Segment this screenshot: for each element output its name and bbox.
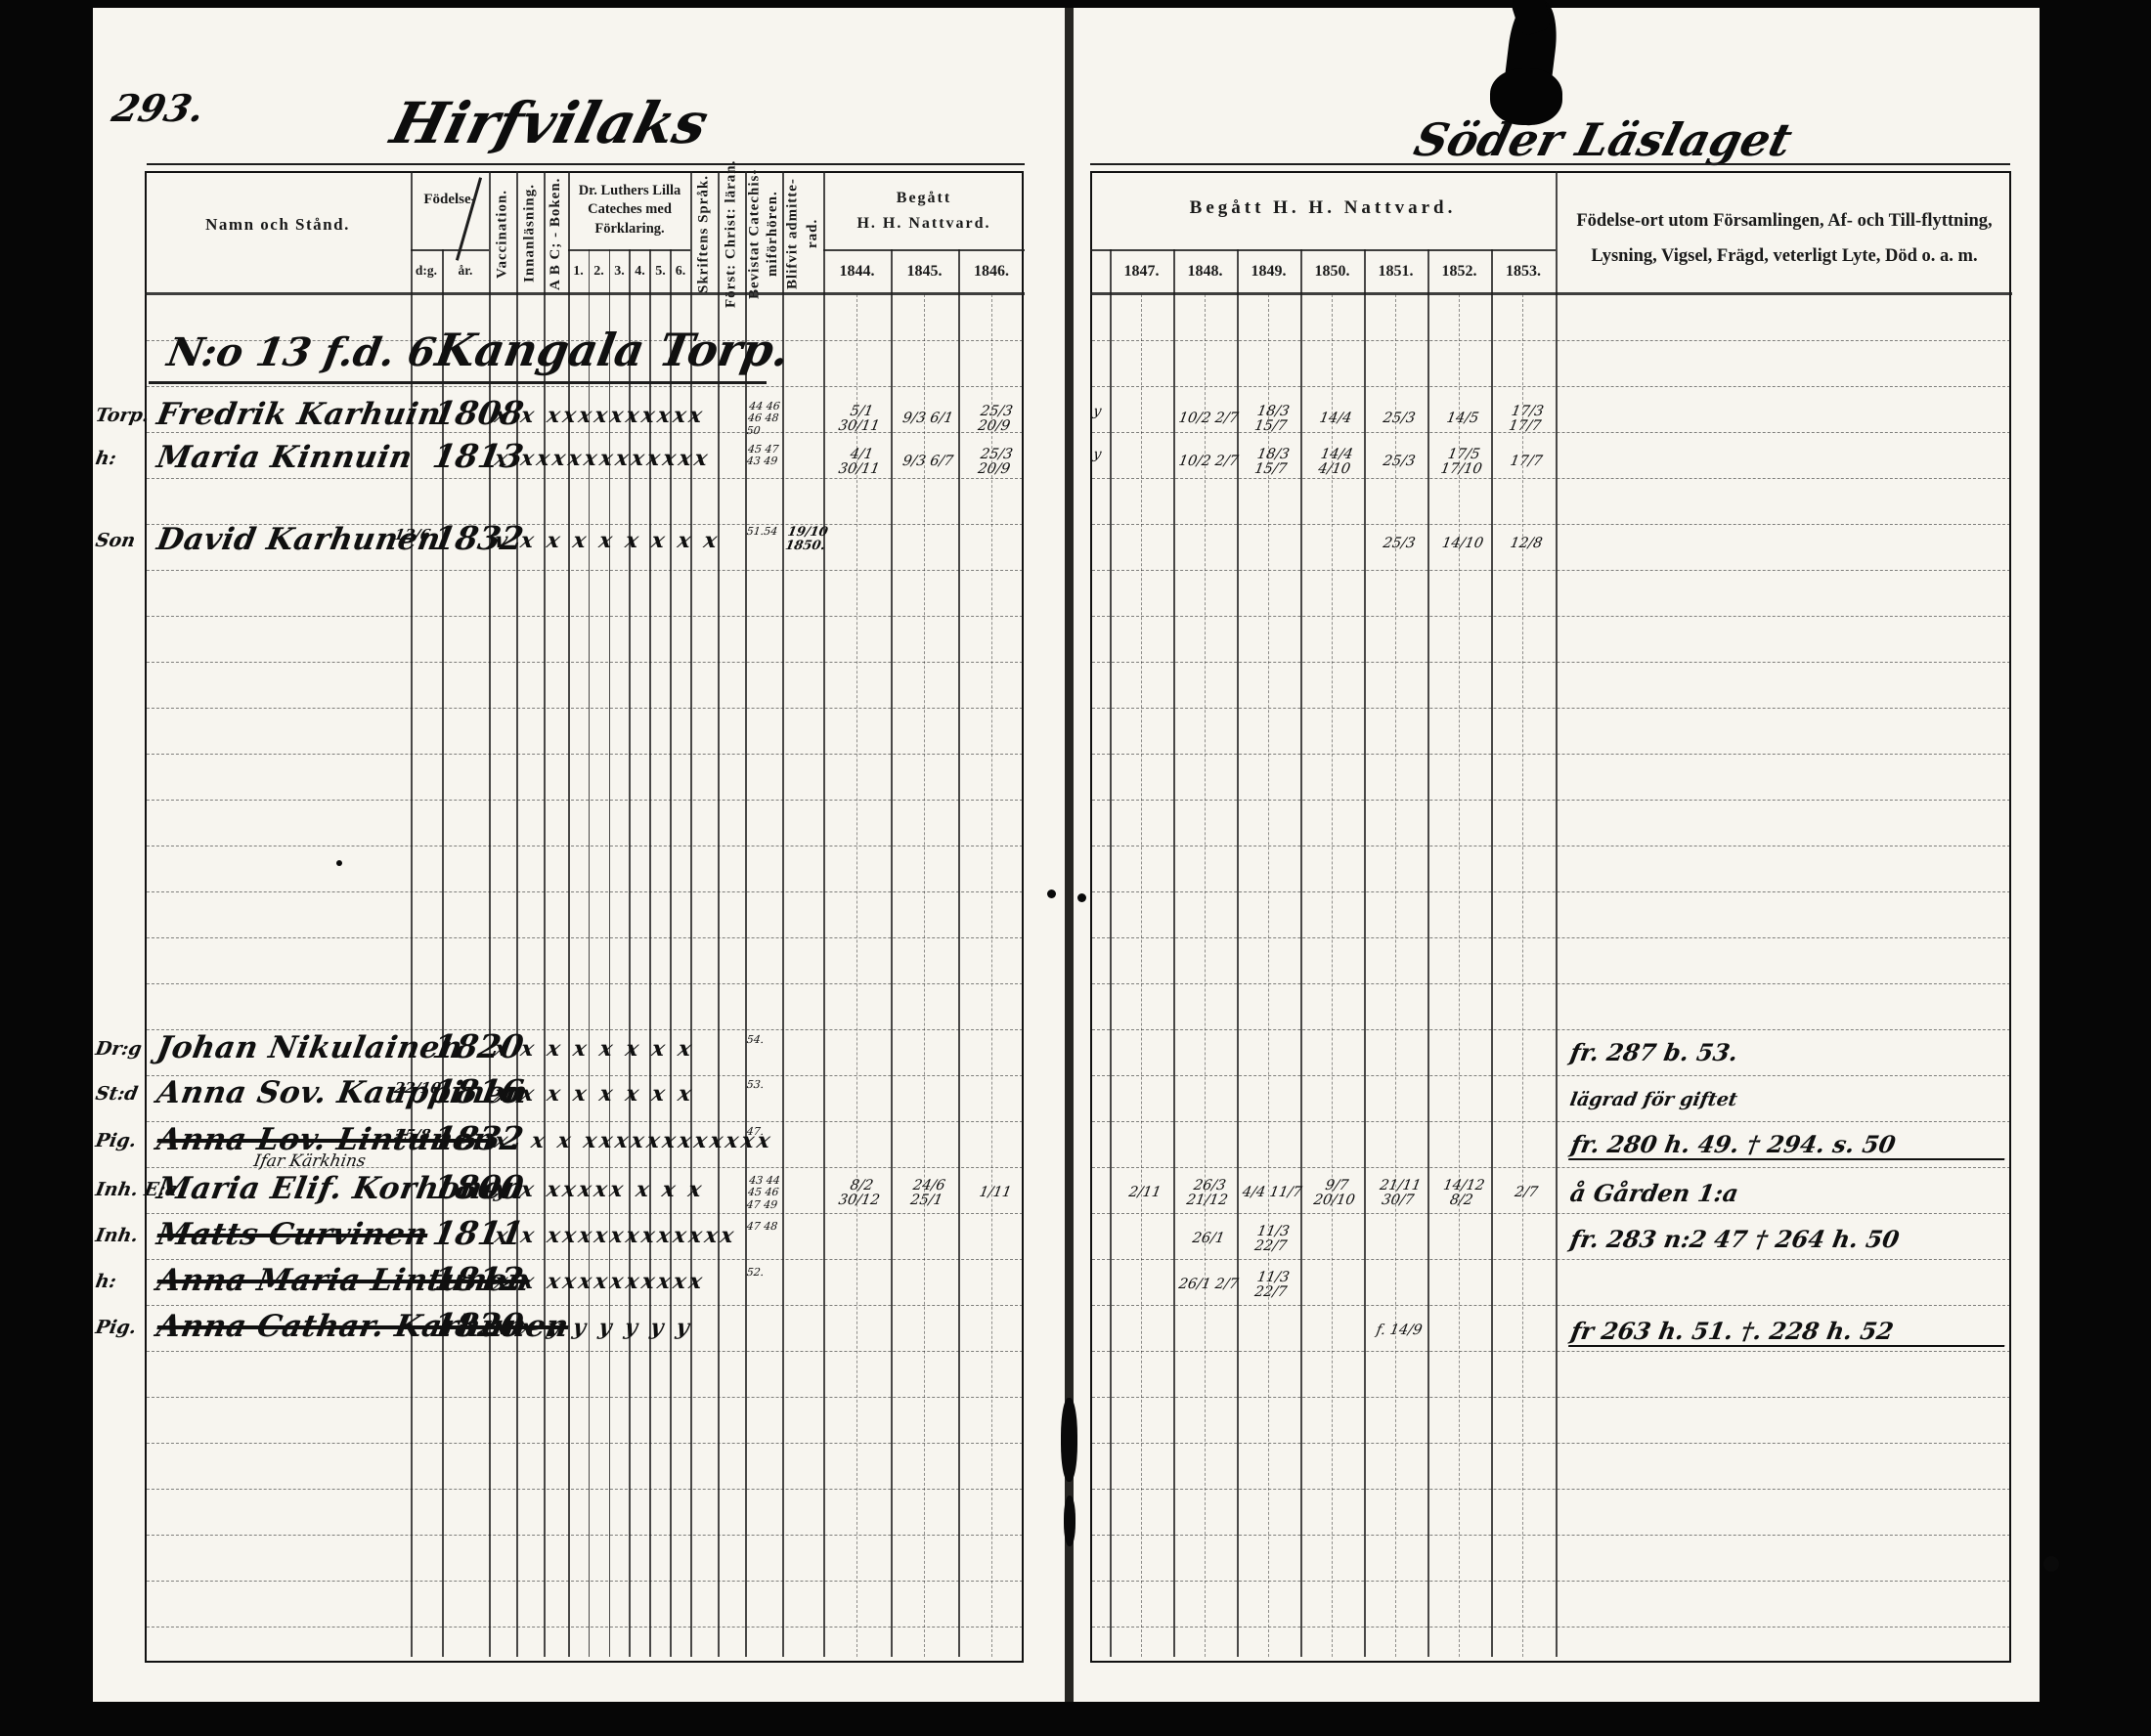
grid-hline-dashed	[147, 846, 1023, 846]
row-communion-date-right: 11/3 22/7	[1237, 1221, 1307, 1258]
row-communion-date-right: 25/3	[1364, 401, 1434, 438]
header-year-1849: 1849.	[1237, 253, 1300, 290]
header-year-1847: 1847.	[1110, 253, 1173, 290]
grid-hline-dashed	[1092, 1213, 2010, 1214]
grid-vline	[1556, 294, 1558, 1657]
grid-vline	[411, 294, 413, 1657]
grid-vline	[589, 294, 591, 1657]
header-cateches-6: 6.	[671, 255, 690, 288]
top-rule-right	[1090, 163, 2010, 165]
grid-vline	[649, 249, 651, 294]
grid-hline-dashed	[1092, 800, 2010, 801]
grid-hline-dashed	[1092, 708, 2010, 709]
row-annotation: fr. 283 n:2 47 † 264 h. 50	[1568, 1227, 2008, 1251]
grid-vline	[823, 171, 825, 294]
header-birth-year: år.	[442, 256, 489, 285]
grid-hline	[823, 249, 1025, 251]
row-communion-date-right: 12/8	[1491, 526, 1561, 563]
row-communion-date-left: 1/11	[958, 1175, 1032, 1212]
row-annotation: lägrad för giftet	[1568, 1091, 2008, 1110]
grid-hline	[568, 249, 690, 251]
row-exam-marks: y x xxxxx x x x	[493, 1179, 706, 1201]
row-attended-note: 43 44 45 46 47 49	[746, 1175, 787, 1211]
grid-vline	[1300, 249, 1302, 294]
grid-hline-dashed	[1092, 1535, 2010, 1536]
grid-vline	[1237, 249, 1239, 294]
grid-hline-dashed	[147, 754, 1023, 755]
grid-vline	[442, 249, 444, 294]
header-admitted-line2: rad.	[803, 176, 823, 291]
row-communion-date-right: 11/3 22/7	[1237, 1267, 1307, 1304]
grid-vline-dashed	[924, 294, 925, 1657]
row-name: Maria Kinnuin	[154, 442, 415, 474]
row-communion-date-left: 8/2 30/12	[823, 1175, 898, 1212]
row-margin-label: St:d	[94, 1085, 147, 1105]
grid-vline	[1427, 249, 1429, 294]
scan-border-top	[0, 0, 2151, 8]
grid-hline-dashed	[147, 891, 1023, 892]
header-year-1848: 1848.	[1173, 253, 1237, 290]
grid-vline	[1237, 294, 1239, 1657]
right-page-title: Söder Läslaget	[1409, 113, 1797, 166]
row-exam-marks: x x xxxxxxxxxx	[493, 405, 707, 427]
grid-hline-dashed	[1092, 1167, 2010, 1168]
header-attended-line2: miförhören.	[764, 176, 782, 291]
grid-vline-dashed	[1459, 294, 1460, 1657]
ink-speck	[2043, 1556, 2059, 1572]
grid-hline-dashed	[147, 1535, 1023, 1536]
row-communion-date-right: 10/2 2/7	[1173, 444, 1244, 481]
grid-hline-dashed	[1092, 1627, 2010, 1627]
row-margin-label: Dr:g	[94, 1040, 147, 1060]
grid-vline-dashed	[1522, 294, 1523, 1657]
row-margin-label: Inh. E:a	[94, 1181, 147, 1200]
row-exam-marks: v x x x x x x x x	[493, 530, 722, 552]
grid-hline-dashed	[147, 616, 1023, 617]
row-communion-date-right: 14/5	[1427, 401, 1498, 438]
header-abc-book: A B C; - Boken.	[544, 176, 568, 291]
grid-hline-dashed	[1092, 386, 2010, 387]
grid-vline	[629, 294, 631, 1657]
row-exam-marks: x xxxxxxxxxxxx	[493, 448, 712, 470]
fold-blob	[1064, 1496, 1075, 1546]
header-communion-left-1: Begått	[823, 188, 1025, 209]
grid-hline-dashed	[147, 1397, 1023, 1398]
row-communion-date-left: 24/6 25/1	[891, 1175, 965, 1212]
row-communion-date-right: 17/5 17/10	[1427, 444, 1498, 481]
grid-hline-dashed	[147, 1489, 1023, 1490]
row-margin-label: h:	[94, 1273, 147, 1292]
grid-hline-dashed	[1092, 891, 2010, 892]
grid-hline-dashed	[147, 708, 1023, 709]
grid-hline-dashed	[1092, 1489, 2010, 1490]
grid-hline-dashed	[147, 937, 1023, 938]
grid-hline-dashed	[147, 1443, 1023, 1444]
grid-vline	[649, 294, 651, 1657]
header-vaccination: Vaccination.	[489, 176, 516, 291]
header-year-1844: 1844.	[823, 255, 891, 288]
row-margin-label: Torp.	[94, 407, 147, 426]
section-number: N:o 13 f.d. 6	[164, 332, 439, 373]
grid-vline	[670, 249, 672, 294]
grid-hline-dashed	[147, 1213, 1023, 1214]
grid-vline	[1364, 249, 1366, 294]
grid-vline	[568, 171, 570, 294]
grid-vline	[782, 294, 784, 1657]
grid-hline-dashed	[1092, 754, 2010, 755]
header-name-col: Namn och Stånd.	[145, 195, 411, 254]
grid-hline	[145, 292, 1025, 295]
row-annotation: fr. 287 b. 53.	[1568, 1040, 2008, 1064]
header-birth-day: d:g.	[411, 256, 442, 285]
ink-speck	[336, 860, 342, 866]
row-communion-date-right: 2/7	[1491, 1175, 1561, 1212]
grid-vline	[718, 294, 720, 1657]
header-year-1851: 1851.	[1364, 253, 1427, 290]
section-place: Kangala Torp.	[432, 326, 793, 373]
row-margin-label: h:	[94, 450, 147, 469]
grid-hline-dashed	[1092, 1581, 2010, 1582]
ink-speck	[1077, 893, 1086, 902]
row-communion-date-right: 17/3 17/7	[1491, 401, 1561, 438]
grid-vline	[489, 171, 491, 294]
grid-vline	[589, 249, 591, 294]
grid-vline	[1427, 294, 1429, 1657]
grid-hline-dashed	[147, 1627, 1023, 1627]
row-admitted-note: 19/10 1850.	[784, 526, 828, 552]
grid-vline	[823, 294, 825, 1657]
row-communion-date-right: 26/3 21/12	[1173, 1175, 1244, 1212]
row-communion-date-right: 25/3	[1364, 444, 1434, 481]
grid-hline-dashed	[1092, 1259, 2010, 1260]
grid-hline	[1090, 249, 1556, 251]
grid-hline-dashed	[147, 662, 1023, 663]
row-communion-date-right: 14/12 8/2	[1427, 1175, 1498, 1212]
header-cateches-5: 5.	[650, 255, 671, 288]
grid-hline-dashed	[147, 1259, 1023, 1260]
row-communion-date-right: 17/7	[1491, 444, 1561, 481]
header-cateches-2: 2.	[589, 255, 609, 288]
grid-vline	[544, 294, 546, 1657]
grid-vline-dashed	[1141, 294, 1142, 1657]
top-rule-left	[147, 163, 1025, 165]
row-attended-note: 54.	[746, 1034, 784, 1046]
grid-hline-dashed	[1092, 1443, 2010, 1444]
grid-vline-dashed	[1205, 294, 1206, 1657]
grid-hline-dashed	[1092, 937, 2010, 938]
ink-blot-base	[1490, 68, 1562, 125]
grid-hline-dashed	[1092, 983, 2010, 984]
row-communion-date-right: 14/4 4/10	[1300, 444, 1371, 481]
grid-vline	[718, 171, 720, 294]
grid-vline	[670, 294, 672, 1657]
row-communion-date-right: 14/10	[1427, 526, 1498, 563]
row-attended-note: 47 48	[746, 1221, 784, 1233]
grid-vline-dashed	[991, 294, 992, 1657]
grid-hline-dashed	[147, 570, 1023, 571]
row-communion-date-left: 9/3 6/1	[891, 401, 965, 438]
row-attended-note: 53.	[746, 1079, 784, 1091]
header-year-1846: 1846.	[958, 255, 1025, 288]
grid-vline	[568, 294, 570, 1657]
row-communion-date-left: 4/1 30/11	[823, 444, 898, 481]
row-margin-label: Inh.	[94, 1227, 147, 1246]
grid-vline	[516, 294, 518, 1657]
row-interlinear-note: Ifar Kärkhins	[252, 1153, 367, 1171]
grid-hline-dashed	[1092, 340, 2010, 341]
grid-hline-dashed	[1092, 616, 2010, 617]
row-margin-label: Son	[94, 532, 147, 551]
row-communion-date-right: 18/3 15/7	[1237, 401, 1307, 438]
row-communion-date-right: 25/3	[1364, 526, 1434, 563]
header-cateches-3: 3.	[609, 255, 630, 288]
header-year-1852: 1852.	[1427, 253, 1491, 290]
grid-vline	[544, 171, 546, 294]
grid-vline	[442, 294, 444, 1657]
row-communion-date-right: 4/4 11/7	[1237, 1175, 1307, 1212]
grid-hline-dashed	[1092, 1121, 2010, 1122]
grid-hline-dashed	[1092, 1029, 2010, 1030]
row-communion-date-left: 25/3 20/9	[958, 444, 1032, 481]
grid-vline	[1556, 171, 1558, 294]
grid-vline	[958, 294, 960, 1657]
scanned-parish-register: 293. Hirfvilaks Söder Läslaget Namn och …	[0, 0, 2151, 1736]
header-notes-line1: Födelse-ort utom Församlingen, Af- och T…	[1564, 209, 2004, 233]
scan-border-right	[2040, 0, 2151, 1736]
grid-vline	[629, 249, 631, 294]
grid-hline	[1090, 292, 2012, 295]
grid-vline	[1491, 249, 1493, 294]
grid-vline	[411, 171, 413, 294]
page-number: 293.	[108, 86, 209, 130]
row-exam-marks: x x x x x x x x	[493, 1083, 696, 1106]
row-name: Fredrik Karhuin	[154, 399, 444, 431]
header-year-1850: 1850.	[1300, 253, 1364, 290]
grid-hline-dashed	[1092, 1397, 2010, 1398]
header-cateches-4: 4.	[630, 255, 650, 288]
row-communion-date-right: 26/1 2/7	[1173, 1267, 1244, 1304]
grid-hline-dashed	[147, 800, 1023, 801]
grid-vline	[690, 171, 692, 294]
header-admitted-line1: Blifvit admitte-	[782, 176, 804, 291]
grid-vline	[745, 294, 747, 1657]
grid-vline	[489, 294, 491, 1657]
scan-border-left	[0, 0, 93, 1736]
row-birth-day: 25/8	[393, 1128, 432, 1144]
grid-hline-dashed	[147, 1581, 1023, 1582]
fold-blob	[1061, 1398, 1077, 1482]
row-attended-note: 45 47 43 49	[746, 444, 786, 468]
grid-vline	[1173, 294, 1175, 1657]
row-annotation: fr 263 h. 51. †. 228 h. 52	[1568, 1319, 2009, 1347]
header-reading: Innanläsning.	[516, 176, 544, 291]
grid-hline-dashed	[147, 386, 1023, 387]
row-exam-marks: x x x x x x x x	[493, 1038, 696, 1061]
header-notes-line2: Lysning, Vigsel, Frägd, veterligt Lyte, …	[1564, 244, 2004, 268]
grid-hline	[411, 249, 489, 251]
grid-vline	[745, 171, 747, 294]
row-exam-marks: x x xxxxxxxxxxxx	[493, 1225, 738, 1247]
grid-vline	[782, 171, 784, 294]
grid-hline-dashed	[147, 983, 1023, 984]
right-table-frame	[1090, 171, 2011, 1663]
grid-vline	[609, 249, 611, 294]
header-year-1853: 1853.	[1491, 253, 1556, 290]
scan-border-bottom	[0, 1702, 2151, 1736]
row-exam-marks: x x xxxxxxxxxx	[493, 1271, 707, 1293]
row-communion-date-right: f. 14/9	[1364, 1313, 1434, 1350]
ink-speck	[1047, 890, 1056, 898]
row-name: Matts Curvinen	[154, 1219, 430, 1251]
grid-vline	[1300, 294, 1302, 1657]
row-attended-note: 52.	[746, 1267, 784, 1279]
row-attended-note: 51.54	[746, 526, 784, 538]
left-page-title: Hirfvilaks	[385, 90, 715, 156]
grid-vline	[1110, 249, 1112, 294]
header-script-language: Skriftens Språk.	[690, 176, 718, 291]
row-attended-note: 44 46 46 48 50	[746, 401, 787, 437]
grid-vline	[1173, 249, 1175, 294]
grid-hline-dashed	[1092, 846, 2010, 846]
row-annotation: fr. 280 h. 49. † 294. s. 50	[1568, 1132, 2009, 1160]
row-name: Johan Nikulainen	[154, 1032, 465, 1064]
header-communion-right: Begått H. H. Nattvard.	[1090, 194, 1556, 223]
grid-hline-dashed	[1092, 1075, 2010, 1076]
grid-vline-dashed	[856, 294, 857, 1657]
row-exam-marks: x. x x xxxxxxxxxxxx	[493, 1130, 774, 1152]
row-exam-marks: x x y y y y y y	[493, 1317, 694, 1339]
row-communion-date-right: 18/3 15/7	[1237, 444, 1307, 481]
grid-vline	[1364, 294, 1366, 1657]
header-attended-line1: Bevistat Catechis-	[745, 176, 765, 291]
header-christ-doctrine: Först: Christ: läran.	[718, 176, 745, 291]
grid-vline-dashed	[1268, 294, 1269, 1657]
grid-vline	[516, 171, 518, 294]
grid-vline	[609, 294, 611, 1657]
grid-hline-dashed	[1092, 662, 2010, 663]
row-communion-date-right: 21/11 30/7	[1364, 1175, 1434, 1212]
row-communion-date-right: 26/1	[1173, 1221, 1244, 1258]
grid-vline	[958, 249, 960, 294]
row-margin-label: Pig.	[94, 1132, 147, 1151]
grid-vline	[1110, 294, 1112, 1657]
row-margin-label: Pig.	[94, 1319, 147, 1338]
grid-vline	[1491, 294, 1493, 1657]
row-communion-date-left: 25/3 20/9	[958, 401, 1032, 438]
row-communion-date-right: 14/4	[1300, 401, 1371, 438]
grid-hline-dashed	[147, 1351, 1023, 1352]
row-communion-date-right: 10/2 2/7	[1173, 401, 1244, 438]
section-underline	[149, 381, 767, 384]
row-annotation: å Gården 1:a	[1568, 1181, 2008, 1205]
row-communion-date-left: 5/1 30/11	[823, 401, 898, 438]
grid-hline-dashed	[1092, 524, 2010, 525]
header-cateches-1: 1.	[568, 255, 589, 288]
row-communion-date-right: 9/7 20/10	[1300, 1175, 1371, 1212]
grid-hline-dashed	[1092, 1351, 2010, 1352]
row-communion-date-left: 9/3 6/7	[891, 444, 965, 481]
grid-vline-dashed	[1332, 294, 1333, 1657]
header-year-1845: 1845.	[891, 255, 958, 288]
grid-vline	[690, 294, 692, 1657]
grid-vline-dashed	[1395, 294, 1396, 1657]
row-birth-day: 12/6	[393, 528, 432, 543]
header-cateches: Dr. Luthers Lilla Cateches med Förklarin…	[571, 178, 688, 242]
grid-hline-dashed	[1092, 570, 2010, 571]
grid-hline-dashed	[147, 1305, 1023, 1306]
grid-hline-dashed	[1092, 1305, 2010, 1306]
grid-vline	[891, 294, 893, 1657]
row-attended-note: 47.	[746, 1126, 784, 1138]
row-communion-date-right: 2/11	[1110, 1175, 1180, 1212]
header-communion-left-2: H. H. Nattvard.	[823, 213, 1025, 235]
grid-vline	[891, 249, 893, 294]
